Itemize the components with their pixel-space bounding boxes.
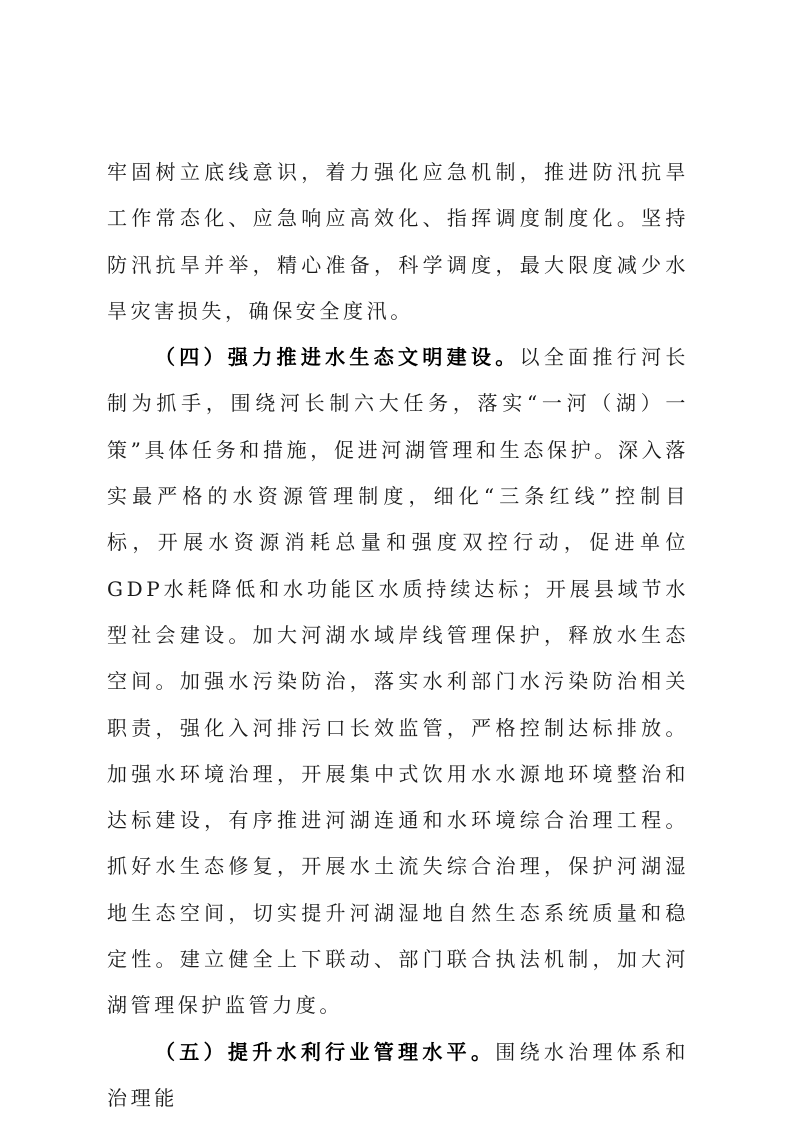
section-heading: （四）强力推进水生态文明建设。 [155, 345, 520, 369]
section-heading: （五）提升水利行业管理水平。 [155, 1040, 495, 1064]
paragraph-continuation: 牢固树立底线意识，着力强化应急机制，推进防汛抗旱工作常态化、应急响应高效化、指挥… [107, 149, 689, 334]
paragraph-body: 牢固树立底线意识，着力强化应急机制，推进防汛抗旱工作常态化、应急响应高效化、指挥… [107, 160, 689, 323]
paragraph-body: 以全面推行河长制为抓手，围绕河长制六大任务，落实“一河（湖）一策”具体任务和措施… [107, 345, 689, 1017]
paragraph-section-5: （五）提升水利行业管理水平。围绕水治理体系和治理能 [107, 1029, 689, 1122]
document-page: 牢固树立底线意识，着力强化应急机制，推进防汛抗旱工作常态化、应急响应高效化、指挥… [107, 149, 689, 1121]
paragraph-section-4: （四）强力推进水生态文明建设。以全面推行河长制为抓手，围绕河长制六大任务，落实“… [107, 334, 689, 1028]
